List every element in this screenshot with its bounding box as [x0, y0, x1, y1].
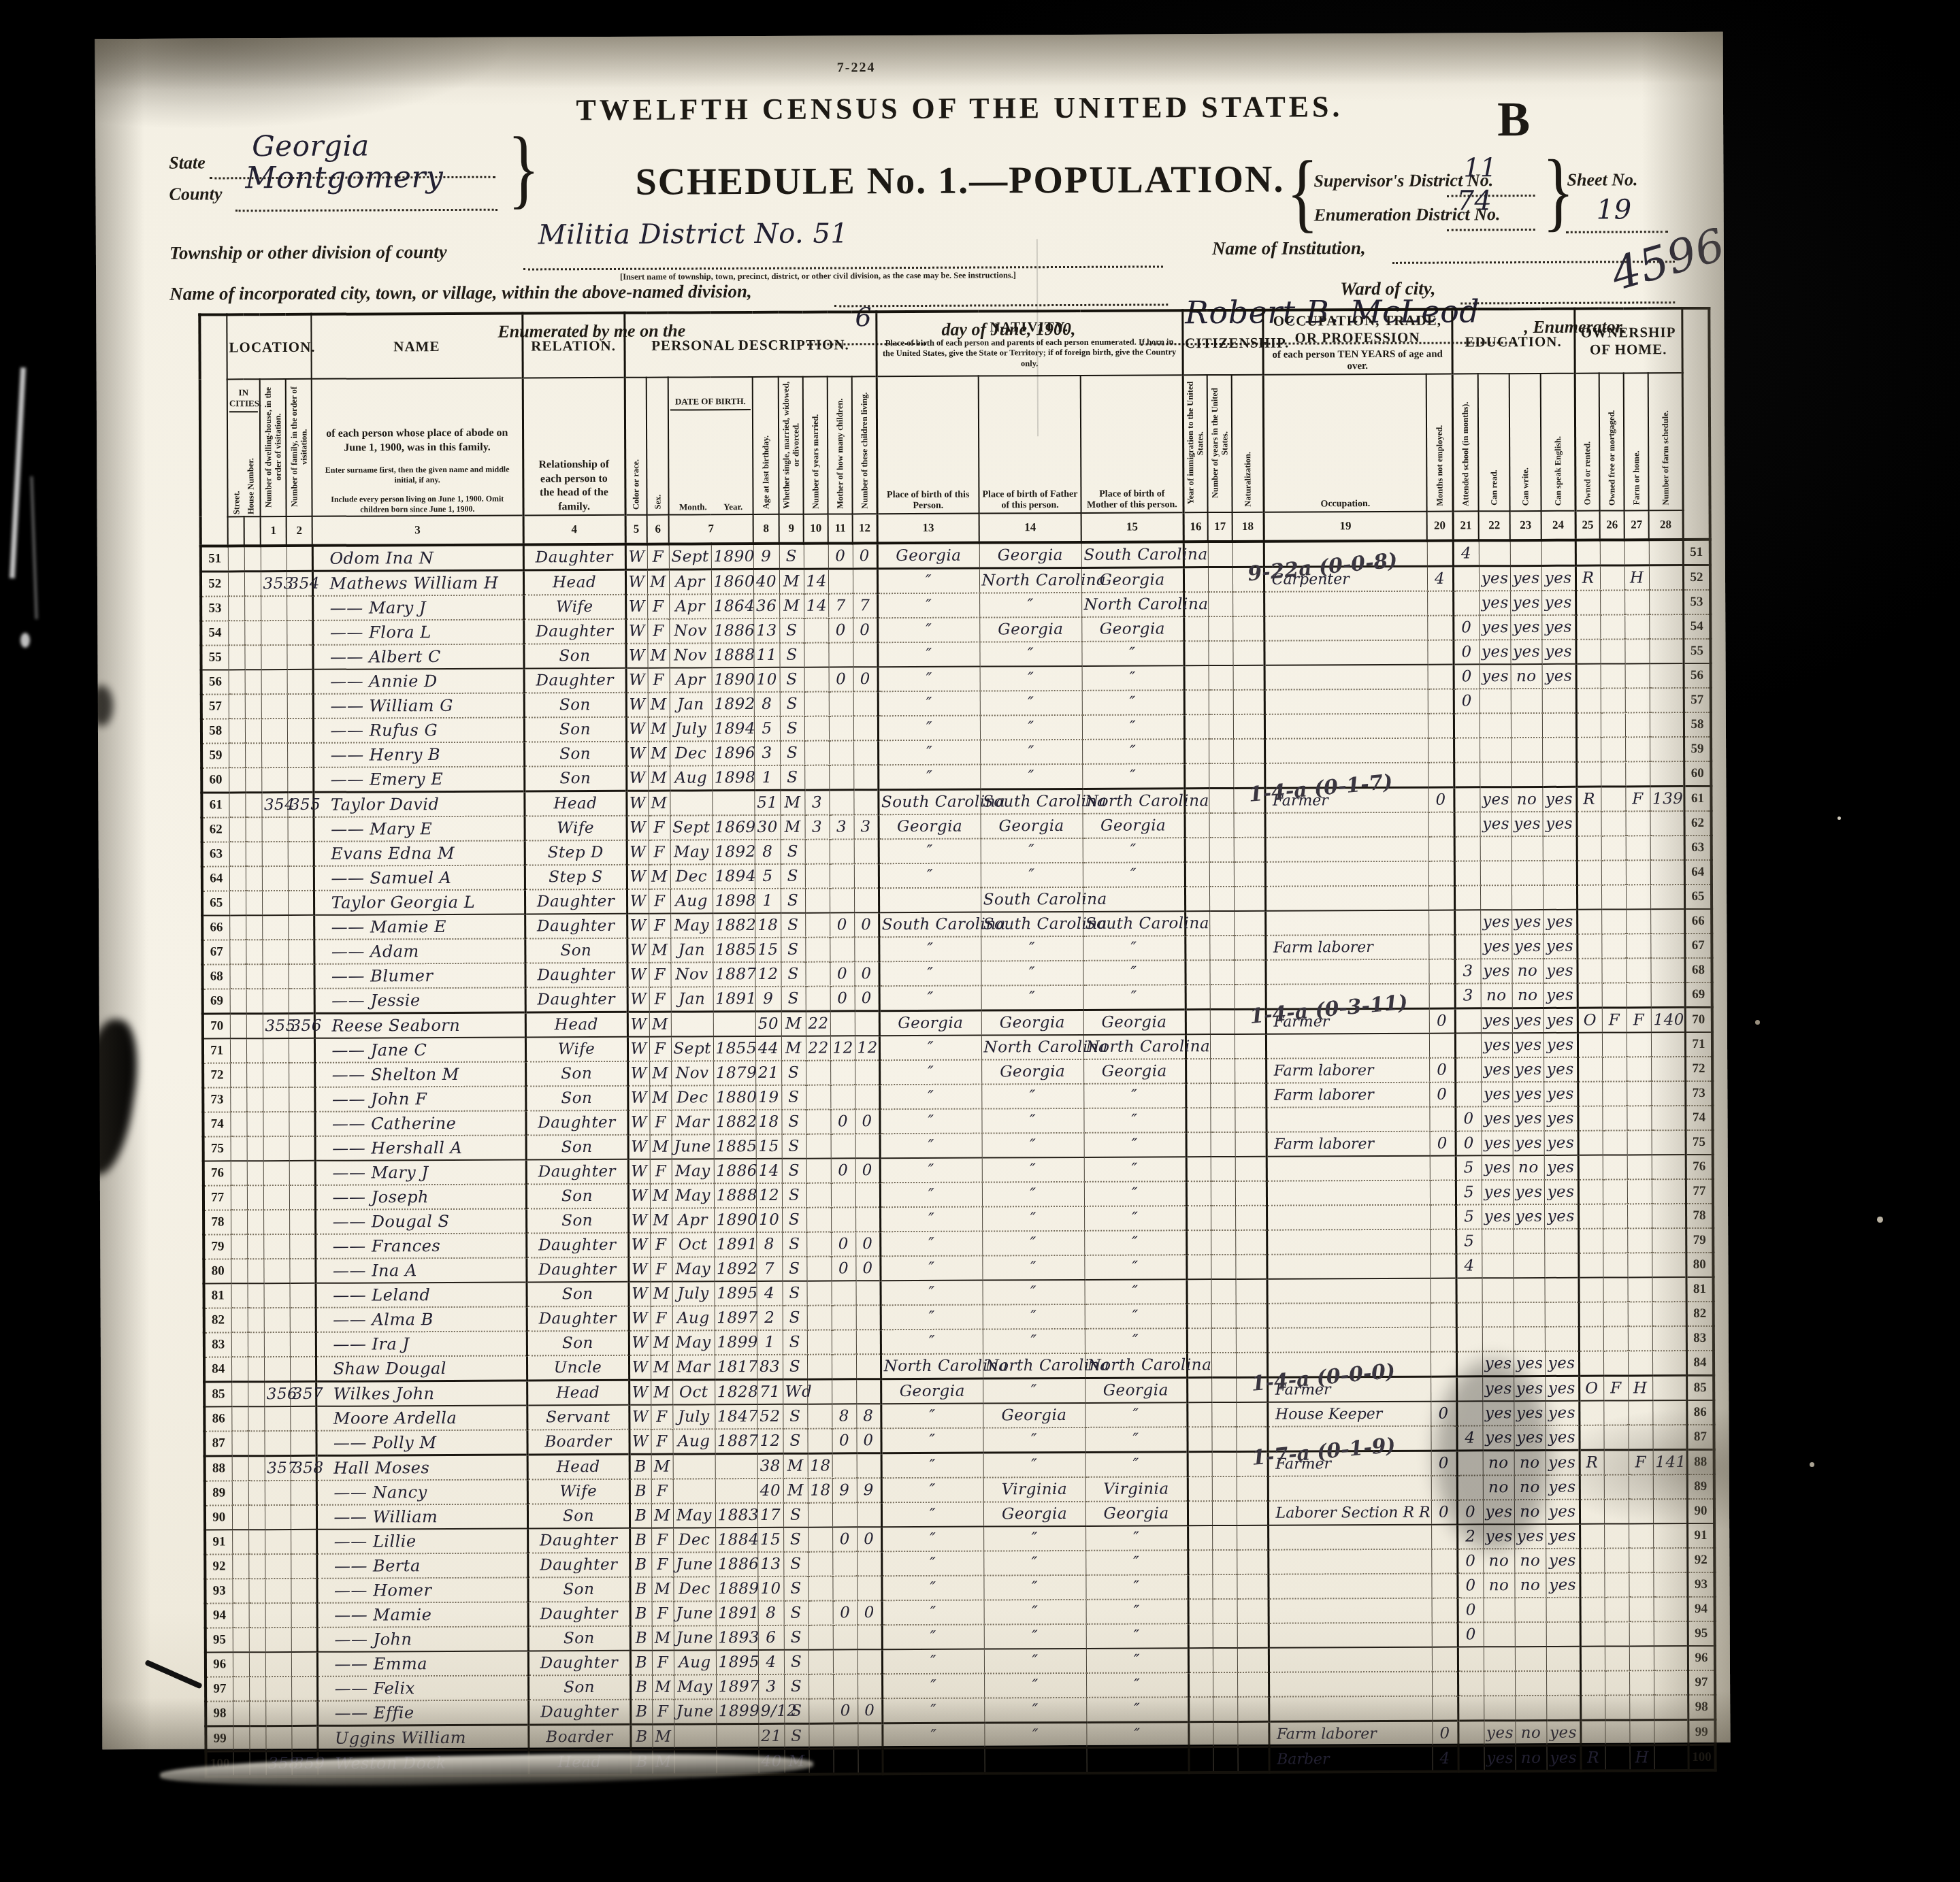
- cell-kl: 0: [857, 1698, 882, 1723]
- cell-race: W: [626, 693, 648, 717]
- cell-sex: F: [649, 840, 670, 865]
- cell-rd: yes: [1481, 1033, 1512, 1057]
- cell-kl: [855, 1060, 879, 1085]
- cell-c16: [1186, 1206, 1211, 1230]
- cell-p15: ″: [1082, 763, 1184, 789]
- cell-p14: ″: [983, 1329, 1085, 1354]
- cell-ln_right: 92: [1687, 1548, 1714, 1572]
- cell-own: [1580, 1524, 1604, 1549]
- cell-p15: ″: [1084, 1206, 1186, 1231]
- cell-rd: [1480, 689, 1511, 713]
- cell-rel: Son: [527, 1282, 629, 1307]
- in-cities-title: IN CITIES.: [229, 387, 258, 409]
- cell-ym: [807, 1306, 832, 1330]
- cell-p13: ″: [879, 986, 981, 1011]
- cell-sex: M: [652, 1626, 674, 1651]
- name-desc-2: Enter surname first, then the given name…: [322, 464, 512, 486]
- cell-rel: Daughter: [523, 544, 625, 570]
- cell-age: 12: [755, 962, 781, 987]
- cell-kl: 3: [854, 814, 879, 839]
- cell-race: W: [627, 889, 649, 914]
- cell-age: 50: [755, 1011, 781, 1036]
- cell-street: [229, 891, 246, 915]
- cell-house: [248, 1505, 265, 1530]
- county-rule: [235, 209, 497, 212]
- cell-p15: ″: [1083, 1083, 1186, 1108]
- cell-ln_right: 80: [1686, 1253, 1714, 1277]
- cell-street: [228, 645, 244, 670]
- cell-house: [245, 719, 261, 743]
- sex-header: Sex.: [647, 378, 669, 515]
- cell-bm: July: [670, 716, 712, 741]
- cell-name: —— Blumer: [314, 963, 525, 988]
- cell-fam: [290, 1431, 316, 1456]
- cell-own: [1580, 1598, 1605, 1622]
- cell-fm: [1600, 590, 1624, 614]
- cell-kl: [855, 1134, 880, 1158]
- cell-fm: [1601, 688, 1625, 712]
- cell-age: 7: [756, 1257, 782, 1281]
- cell-mk: [829, 691, 853, 716]
- cell-age: 3: [754, 741, 780, 765]
- cell-kl: [856, 1281, 881, 1305]
- cell-dw: [261, 743, 287, 767]
- cell-p13: North Carolina: [881, 1354, 983, 1379]
- cell-by: 1892: [714, 1257, 756, 1281]
- cell-p15: ″: [1085, 1525, 1188, 1551]
- cell-bm: Nov: [671, 962, 713, 987]
- cell-p14: Georgia: [979, 617, 1081, 642]
- cell-name: —— Felix: [317, 1675, 528, 1700]
- cell-wr: [1515, 1598, 1546, 1622]
- pob-mother-header: Place of birth of Mother of this person.: [1081, 375, 1183, 513]
- cell-race: W: [627, 914, 649, 938]
- cell-house: [247, 1185, 263, 1210]
- cell-rel: Wife: [527, 1479, 630, 1504]
- cell-fam: [289, 1259, 315, 1283]
- cell-house: [246, 817, 262, 842]
- cell-c16: [1185, 813, 1209, 838]
- occupation-title: OCCUPATION, TRADE, OR PROFESSION: [1273, 312, 1441, 346]
- cell-ym: [808, 1699, 833, 1724]
- cell-sex: F: [649, 1110, 671, 1135]
- cell-bm: Oct: [672, 1380, 715, 1405]
- cell-ln_right: 84: [1686, 1351, 1714, 1376]
- cell-p15: ″: [1084, 1255, 1186, 1280]
- cell-wr: [1514, 1302, 1545, 1327]
- cell-c18: [1237, 1550, 1268, 1574]
- cell-en: yes: [1544, 1131, 1578, 1155]
- scan-smudge: [1435, 1359, 1551, 1551]
- cell-dw: [264, 1406, 290, 1431]
- cell-dw: [264, 1332, 290, 1357]
- cell-by: 1887: [715, 1429, 757, 1454]
- cell-wr: yes: [1512, 1057, 1543, 1082]
- cell-age: 8: [758, 1601, 784, 1625]
- cell-ln_right: 77: [1686, 1179, 1713, 1204]
- cell-by: 1898: [713, 889, 755, 913]
- cell-ln_left: 62: [202, 817, 229, 842]
- cell-fam: [289, 1210, 315, 1234]
- cell-rel: Son: [526, 1184, 628, 1209]
- cell-c16: [1186, 1108, 1210, 1132]
- cell-rd: yes: [1479, 566, 1510, 591]
- cell-kl: [854, 863, 879, 888]
- cell-mo: [1428, 763, 1454, 788]
- cell-c18: [1235, 1034, 1266, 1059]
- cell-fs: [1652, 1228, 1686, 1253]
- cell-mk: [832, 1281, 856, 1305]
- cell-p13: Georgia: [879, 814, 981, 840]
- cell-occ: [1265, 861, 1428, 887]
- cell-fs: [1654, 1720, 1688, 1745]
- cell-rd: [1480, 762, 1511, 787]
- cell-en: yes: [1543, 910, 1577, 934]
- cell-name: Mathews William H: [312, 570, 523, 596]
- cell-c18: [1237, 1501, 1268, 1525]
- cell-c18: [1235, 1255, 1267, 1279]
- cell-en: yes: [1545, 1401, 1579, 1425]
- cell-ln_right: 87: [1687, 1425, 1714, 1450]
- cell-age: 14: [756, 1159, 782, 1183]
- cell-dw: [263, 1112, 289, 1136]
- cell-age: 8: [754, 692, 780, 716]
- cell-fs: [1654, 1745, 1688, 1771]
- cell-rel: Daughter: [526, 1233, 628, 1258]
- cell-house: [248, 1357, 264, 1382]
- cell-c18: [1237, 1721, 1269, 1747]
- cell-ln_right: 85: [1686, 1375, 1714, 1400]
- cell-en: [1543, 861, 1577, 885]
- cell-en: yes: [1546, 1500, 1580, 1524]
- cell-occ: [1267, 1229, 1430, 1255]
- cell-c17: [1210, 1009, 1235, 1034]
- cell-mk: 0: [830, 912, 854, 937]
- cell-c17: [1209, 739, 1233, 763]
- cell-ln_right: 71: [1685, 1032, 1712, 1057]
- cell-sch: [1455, 1008, 1481, 1034]
- cell-c18: [1235, 1181, 1267, 1206]
- cell-by: 1895: [716, 1650, 758, 1674]
- cell-race: W: [628, 1208, 650, 1233]
- cell-rel: Daughter: [527, 1553, 630, 1578]
- cell-own: [1575, 615, 1600, 640]
- pen-mark: [144, 1660, 203, 1689]
- cell-ms: S: [781, 1061, 806, 1085]
- cell-ms: S: [781, 889, 805, 913]
- cell-p13: ″: [882, 1674, 984, 1699]
- cell-own: [1579, 1401, 1603, 1425]
- cell-wr: [1514, 1327, 1545, 1351]
- cell-sex: M: [649, 1061, 671, 1086]
- cell-rel: Wife: [523, 595, 625, 620]
- cell-house: [247, 1234, 263, 1259]
- cell-dw: [264, 1283, 290, 1308]
- cell-p14: ″: [984, 1649, 1086, 1674]
- cell-fam: [289, 1185, 315, 1210]
- cell-p14: ″: [981, 1084, 1083, 1109]
- cell-name: —— Albert C: [312, 644, 523, 669]
- cell-rd: [1480, 738, 1511, 762]
- cell-age: 9: [753, 544, 779, 569]
- cell-ms: S: [782, 1134, 806, 1159]
- cell-fs: [1652, 1376, 1686, 1401]
- cell-by: 1888: [711, 643, 753, 667]
- cell-c17: [1211, 1328, 1236, 1353]
- cell-age: 2: [757, 1306, 783, 1330]
- cell-ln_left: 83: [204, 1332, 231, 1357]
- cell-ms: M: [779, 569, 804, 594]
- cell-age: 1: [757, 1330, 783, 1355]
- cell-p13: ″: [882, 1649, 984, 1674]
- cell-sex: F: [651, 1306, 672, 1331]
- cell-ms: S: [783, 1576, 808, 1601]
- cell-street: [229, 719, 245, 743]
- cell-ms: S: [782, 1208, 806, 1232]
- cell-house: [248, 1579, 265, 1603]
- cell-fs: [1649, 540, 1683, 565]
- cell-race: B: [630, 1553, 651, 1577]
- cell-house: [246, 1038, 263, 1063]
- cell-ym: [804, 765, 829, 791]
- cell-name: —— Jessie: [314, 987, 525, 1013]
- cell-house: [244, 645, 261, 670]
- cell-kl: [854, 839, 879, 863]
- cell-street: [233, 1628, 249, 1652]
- cell-fh: [1627, 958, 1651, 983]
- cell-ln_right: 52: [1683, 565, 1710, 590]
- cell-p13: South Carolina: [878, 789, 980, 814]
- cell-p15: Georgia: [1085, 1378, 1187, 1403]
- cell-own: [1580, 1647, 1605, 1671]
- cell-name: —— Flora L: [312, 619, 523, 644]
- cell-ln_left: 97: [206, 1677, 233, 1701]
- cell-sch: [1454, 861, 1480, 885]
- cell-dw: [265, 1701, 291, 1726]
- cell-ym: 14: [804, 594, 828, 618]
- cell-by: 1855: [713, 1036, 755, 1061]
- cell-c17: [1208, 616, 1232, 641]
- cell-house: [248, 1456, 265, 1481]
- cell-dw: [261, 767, 287, 793]
- cell-sex: M: [652, 1675, 674, 1700]
- cell-fh: [1625, 737, 1650, 761]
- cell-kl: [856, 1305, 881, 1330]
- cell-ym: [807, 1281, 832, 1306]
- cell-c17: [1213, 1623, 1237, 1648]
- cell-occ: Laborer Section R R: [1268, 1500, 1431, 1525]
- cell-ym: 18: [808, 1453, 832, 1479]
- cell-ln_left: 56: [201, 670, 229, 694]
- cell-p13: ″: [879, 937, 981, 962]
- cell-ms: S: [783, 1528, 808, 1552]
- cell-ln_right: 86: [1686, 1400, 1714, 1425]
- cell-bm: Jan: [671, 987, 713, 1012]
- cell-race: W: [628, 1257, 650, 1282]
- dob-title: DATE OF BIRTH.: [670, 396, 751, 408]
- cell-own: [1578, 1253, 1603, 1278]
- cell-c18: [1232, 592, 1264, 616]
- cell-rel: Uncle: [527, 1355, 629, 1381]
- occupation-subtitle: of each person TEN YEARS of age and over…: [1265, 349, 1450, 373]
- cell-occ: [1268, 1574, 1431, 1599]
- cell-ym: [805, 889, 830, 913]
- cell-by: 1888: [714, 1183, 756, 1208]
- cell-fh: [1626, 885, 1650, 909]
- age-header: Age at last birthday.: [753, 377, 779, 514]
- cell-rd: yes: [1479, 640, 1510, 664]
- cell-p14: ″: [983, 1280, 1085, 1305]
- farm-schedule-header: Number of farm schedule.: [1648, 373, 1683, 510]
- cell-name: —— Samuel A: [314, 865, 525, 890]
- cell-kl: 0: [855, 1158, 880, 1183]
- cell-mk: [832, 1330, 856, 1354]
- cell-p15: ″: [1083, 960, 1185, 985]
- cell-c17: [1209, 862, 1234, 887]
- cell-c18: [1235, 1230, 1267, 1255]
- cell-p15: Virginia: [1085, 1476, 1188, 1502]
- cell-ln_right: 75: [1686, 1130, 1713, 1155]
- occupation-value: Farm laborer: [1274, 1061, 1427, 1079]
- cell-bm: [670, 791, 712, 816]
- ownership-group-header: OWNERSHIP OF HOME.: [1574, 308, 1682, 374]
- cell-name: —— John F: [314, 1086, 525, 1111]
- cell-dw: [261, 546, 287, 572]
- cell-mo: 4: [1433, 1746, 1458, 1772]
- cell-kl: [857, 1551, 881, 1576]
- cell-own: [1580, 1425, 1604, 1451]
- cell-p15: North Carolina: [1081, 592, 1183, 617]
- cell-fam: [291, 1628, 317, 1652]
- cell-wr: yes: [1510, 591, 1541, 615]
- cell-c16: [1187, 1279, 1211, 1304]
- cell-mo: [1430, 1156, 1456, 1181]
- cell-rel: Head: [525, 1012, 627, 1037]
- cell-fs: [1650, 811, 1684, 836]
- cell-mk: 3: [830, 814, 854, 839]
- cell-fam: [287, 767, 313, 793]
- cell-dw: [265, 1726, 291, 1751]
- cell-mo: [1427, 616, 1453, 640]
- education-group-header: EDUCATION.: [1452, 309, 1574, 374]
- cell-mo: [1428, 861, 1454, 886]
- years-in-us-header: Number of years in the United States.: [1207, 375, 1232, 512]
- cell-bm: Jan: [670, 938, 713, 962]
- cell-wr: yes: [1512, 1033, 1543, 1057]
- cell-house: [248, 1554, 265, 1579]
- cell-dw: [263, 1185, 289, 1210]
- cell-p13: ″: [880, 1134, 982, 1159]
- cell-en: yes: [1543, 812, 1577, 836]
- cell-sex: M: [648, 693, 670, 717]
- cell-fm: [1605, 1597, 1629, 1621]
- cell-occ: Barber: [1269, 1746, 1433, 1772]
- cell-p13: ″: [880, 1256, 982, 1281]
- cell-fm: [1603, 1326, 1628, 1351]
- cell-own: R: [1581, 1745, 1605, 1771]
- cell-ln_left: 54: [201, 621, 228, 645]
- cell-house: [245, 743, 261, 767]
- cell-mo: [1430, 1229, 1456, 1254]
- cell-race: W: [627, 1012, 649, 1037]
- cell-rd: yes: [1481, 1057, 1512, 1082]
- cell-race: W: [629, 1405, 651, 1430]
- cell-sex: M: [647, 569, 669, 595]
- cell-fm: [1605, 1646, 1629, 1670]
- cell-bm: May: [670, 840, 713, 864]
- cell-street: [231, 1406, 248, 1431]
- cell-occ: Farm laborer: [1266, 1058, 1429, 1083]
- cell-p14: North Carolina: [979, 567, 1081, 593]
- cell-fs: [1652, 1326, 1686, 1351]
- cell-en: yes: [1543, 1057, 1578, 1082]
- cell-sch: [1455, 1057, 1481, 1082]
- cell-fam: [290, 1406, 316, 1431]
- cell-en: yes: [1546, 1524, 1580, 1549]
- nativity-group-header: NATIVITY. Place of birth of each person …: [876, 310, 1182, 376]
- cell-mo: [1431, 1278, 1456, 1303]
- cell-mo: [1428, 812, 1454, 837]
- cell-dw: [262, 964, 288, 989]
- cell-occ: [1264, 689, 1428, 714]
- cell-street: [231, 1259, 247, 1283]
- cell-mk: 0: [833, 1698, 857, 1723]
- cell-street: [231, 1431, 248, 1456]
- cell-fm: [1602, 1032, 1627, 1057]
- cell-ln_right: 70: [1685, 1007, 1712, 1032]
- cell-ln_left: 81: [204, 1283, 231, 1308]
- occupation-header: Occupation.: [1263, 374, 1427, 512]
- cell-p13: ″: [878, 716, 980, 741]
- cell-p14: ″: [983, 1378, 1085, 1403]
- cell-p13: ″: [880, 1158, 982, 1183]
- cell-ym: [808, 1552, 832, 1576]
- cell-bm: [674, 1724, 716, 1749]
- cell-ln_right: 99: [1688, 1719, 1716, 1745]
- township-label: Township or other division of county: [169, 242, 447, 264]
- cell-house: [249, 1701, 265, 1726]
- cell-p14: North Carolina: [983, 1353, 1085, 1379]
- cell-mo: [1429, 1107, 1455, 1132]
- cell-by: 1898: [712, 765, 754, 791]
- cell-mk: 0: [830, 1109, 855, 1134]
- cell-sch: 0: [1458, 1598, 1484, 1622]
- cell-ln_left: 79: [203, 1234, 231, 1259]
- cell-own: [1580, 1720, 1605, 1745]
- cell-c18: [1234, 936, 1265, 960]
- cell-p15: ″: [1082, 739, 1184, 764]
- cell-en: yes: [1547, 1745, 1581, 1771]
- cell-rel: Servant: [527, 1405, 629, 1430]
- cell-fam: 357: [290, 1381, 316, 1406]
- cell-street: [233, 1677, 249, 1701]
- cell-p15: ″: [1086, 1648, 1188, 1673]
- cell-fh: [1628, 1351, 1652, 1376]
- cell-c18: [1233, 714, 1264, 739]
- cell-age: 71: [757, 1379, 783, 1404]
- city-rule: [834, 303, 1168, 307]
- cell-fm: [1602, 1081, 1627, 1106]
- cell-ym: 3: [804, 790, 829, 815]
- cell-race: W: [625, 644, 647, 668]
- cell-rel: Daughter: [526, 1257, 628, 1283]
- cell-by: 1894: [713, 864, 755, 889]
- cell-ln_right: 59: [1684, 737, 1711, 761]
- cell-race: W: [629, 1306, 651, 1331]
- cell-house: [245, 793, 261, 818]
- cell-own: [1580, 1622, 1605, 1647]
- cell-mk: 0: [829, 667, 853, 691]
